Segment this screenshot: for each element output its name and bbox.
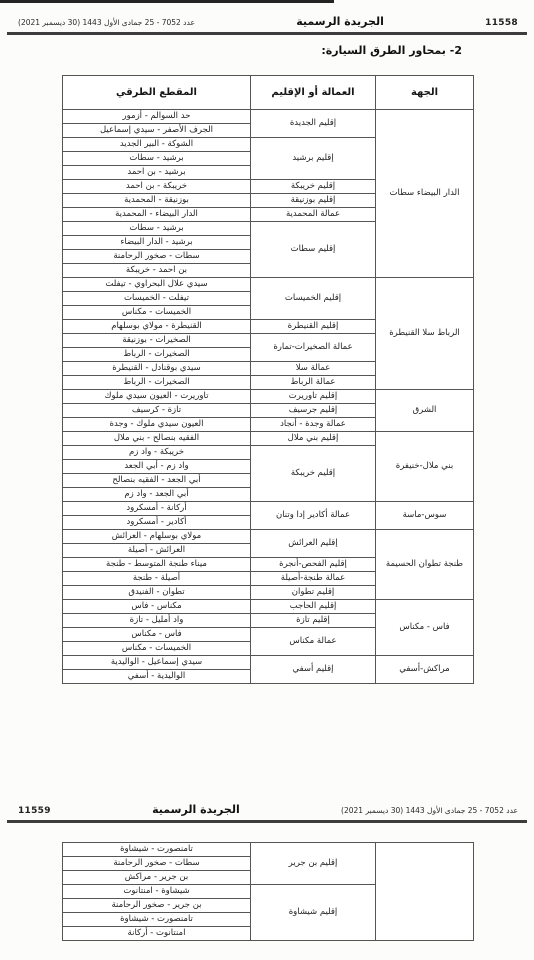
issue-info: عدد 7052 - 25 جمادى الأول 1443 (30 ديسمب… bbox=[341, 806, 518, 815]
province-cell: إقليم بن جرير bbox=[251, 843, 376, 885]
province-cell: إقليم العرائش bbox=[251, 530, 376, 558]
road-cell: تامنصورت - شيشاوة bbox=[63, 843, 251, 857]
road-cell: سيدي بوقنادل - القنيطرة bbox=[63, 362, 251, 376]
road-cell: الجرف الأصفر - سيدي إسماعيل bbox=[63, 124, 251, 138]
table-row: مراكش-أسفيإقليم أسفيسيدي إسماعيل - الوال… bbox=[63, 656, 474, 670]
road-cell: سطات - صخور الرحامنة bbox=[63, 857, 251, 871]
province-cell: عمالة أكادير إدا وتنان bbox=[251, 502, 376, 530]
road-cell: خريبكة - بن احمد bbox=[63, 180, 251, 194]
province-cell: إقليم الجديدة bbox=[251, 110, 376, 138]
province-cell: عمالة الرباط bbox=[251, 376, 376, 390]
page1-header: عدد 7052 - 25 جمادى الأول 1443 (30 ديسمب… bbox=[18, 15, 518, 28]
province-cell: إقليم تاوريرت bbox=[251, 390, 376, 404]
road-cell: حد السوالم - أزمور bbox=[63, 110, 251, 124]
road-cell: أصيلة - طنجة bbox=[63, 572, 251, 586]
road-cell: الفقيه بنصالح - بني ملال bbox=[63, 432, 251, 446]
region-cell: مراكش-أسفي bbox=[376, 656, 474, 684]
road-cell: تيفلت - الخميسات bbox=[63, 292, 251, 306]
road-cell: سطات - صخور الرحامنة bbox=[63, 250, 251, 264]
header-rule bbox=[7, 820, 527, 823]
province-cell: إقليم الخميسات bbox=[251, 278, 376, 320]
road-cell: برشيد - سطات bbox=[63, 222, 251, 236]
table-row: فاس - مكناسإقليم الحاجبمكناس - فاس bbox=[63, 600, 474, 614]
table-body-page1: الدار البيضاء سطاتإقليم الجديدةحد السوال… bbox=[63, 110, 474, 684]
province-cell: إقليم القنيطرة bbox=[251, 320, 376, 334]
region-cell: فاس - مكناس bbox=[376, 600, 474, 656]
road-cell: الصخيرات - بوزنيقة bbox=[63, 334, 251, 348]
province-cell: إقليم خريبكة bbox=[251, 180, 376, 194]
table-header-row: الجهة العمالة أو الإقليم المقطع الطرقي bbox=[63, 76, 474, 110]
road-cell: الخميسات - مكناس bbox=[63, 642, 251, 656]
road-cell: أبي الجعد - واد زم bbox=[63, 488, 251, 502]
table-head: الجهة العمالة أو الإقليم المقطع الطرقي bbox=[63, 76, 474, 110]
journal-title: الجريدة الرسمية bbox=[296, 15, 384, 28]
road-cell: واد زم - أبي الجعد bbox=[63, 460, 251, 474]
province-cell: إقليم شيشاوة bbox=[251, 885, 376, 941]
table-row: الشرقإقليم تاوريرتتاوريرت - العيون سيدي … bbox=[63, 390, 474, 404]
province-cell: عمالة طنجة-أصيلة bbox=[251, 572, 376, 586]
road-cell: برشيد - سطات bbox=[63, 152, 251, 166]
page2-header: 11559 الجريدة الرسمية عدد 7052 - 25 جماد… bbox=[18, 803, 518, 816]
road-cell: الواليدية - أسفي bbox=[63, 670, 251, 684]
road-cell: الخميسات - مكناس bbox=[63, 306, 251, 320]
province-cell: إقليم تازة bbox=[251, 614, 376, 628]
road-cell: مولاي بوسلهام - العرائش bbox=[63, 530, 251, 544]
region-cell: الرباط سلا القنيطرة bbox=[376, 278, 474, 390]
province-cell: إقليم تطوان bbox=[251, 586, 376, 600]
road-cell: برشيد - الدار البيضاء bbox=[63, 236, 251, 250]
road-cell: الصخيرات - الرباط bbox=[63, 376, 251, 390]
region-cell: بني ملال-خنيفرة bbox=[376, 432, 474, 502]
road-cell: فاس - مكناس bbox=[63, 628, 251, 642]
region-cell bbox=[376, 843, 474, 941]
province-cell: عمالة مكناس bbox=[251, 628, 376, 656]
road-cell: العرائش - أصيلة bbox=[63, 544, 251, 558]
road-cell: مكناس - فاس bbox=[63, 600, 251, 614]
road-cell: العيون سيدي ملوك - وجدة bbox=[63, 418, 251, 432]
province-cell: إقليم بوزنيقة bbox=[251, 194, 376, 208]
issue-info: عدد 7052 - 25 جمادى الأول 1443 (30 ديسمب… bbox=[18, 18, 195, 27]
road-cell: امنتانوت - أركانة bbox=[63, 927, 251, 941]
region-cell: سوس-ماسة bbox=[376, 502, 474, 530]
road-cell: بن جرير - صخور الرحامنة bbox=[63, 899, 251, 913]
roads-table-page1: الجهة العمالة أو الإقليم المقطع الطرقي ا… bbox=[62, 75, 474, 684]
road-cell: الدار البيضاء - المحمدية bbox=[63, 208, 251, 222]
table-row: سوس-ماسةعمالة أكادير إدا وتنانأركانة - أ… bbox=[63, 502, 474, 516]
province-cell: عمالة المحمدية bbox=[251, 208, 376, 222]
road-cell: أركانة - أمسكرود bbox=[63, 502, 251, 516]
road-cell: تطوان - الفنيدق bbox=[63, 586, 251, 600]
road-cell: برشيد - بن احمد bbox=[63, 166, 251, 180]
road-cell: تاوريرت - العيون سيدي ملوك bbox=[63, 390, 251, 404]
road-cell: واد أمليل - تازة bbox=[63, 614, 251, 628]
province-cell: إقليم الحاجب bbox=[251, 600, 376, 614]
road-cell: بوزنيقة - المحمدية bbox=[63, 194, 251, 208]
region-cell: الشرق bbox=[376, 390, 474, 432]
road-cell: الصخيرات - الرباط bbox=[63, 348, 251, 362]
roads-table-page2: إقليم بن جريرتامنصورت - شيشاوةسطات - صخو… bbox=[62, 842, 474, 941]
page-number: 11559 bbox=[18, 806, 51, 816]
road-cell: أبي الجعد - الفقيه بنصالح bbox=[63, 474, 251, 488]
province-cell: إقليم برشيد bbox=[251, 138, 376, 180]
road-cell: شيشاوة - امنتانوت bbox=[63, 885, 251, 899]
road-cell: الشوكة - البير الجديد bbox=[63, 138, 251, 152]
journal-title: الجريدة الرسمية bbox=[152, 803, 240, 816]
table-row: طنجة تطوان الحسيمةإقليم العرائشمولاي بوس… bbox=[63, 530, 474, 544]
region-cell: طنجة تطوان الحسيمة bbox=[376, 530, 474, 600]
header-cell-road: المقطع الطرقي bbox=[63, 76, 251, 110]
province-cell: عمالة سلا bbox=[251, 362, 376, 376]
table-row: الرباط سلا القنيطرةإقليم الخميساتسيدي عل… bbox=[63, 278, 474, 292]
road-cell: القنيطرة - مولاي بوسلهام bbox=[63, 320, 251, 334]
road-cell: ميناء طنجة المتوسط - طنجة bbox=[63, 558, 251, 572]
header-rule bbox=[7, 32, 527, 35]
road-cell: بن جرير - مراكش bbox=[63, 871, 251, 885]
scan-artifact-edge bbox=[0, 0, 334, 3]
province-cell: إقليم خريبكة bbox=[251, 446, 376, 502]
province-cell: إقليم جرسيف bbox=[251, 404, 376, 418]
province-cell: عمالة وجدة - أنجاد bbox=[251, 418, 376, 432]
road-cell: سيدي إسماعيل - الواليدية bbox=[63, 656, 251, 670]
province-cell: إقليم أسفي bbox=[251, 656, 376, 684]
road-cell: تازة - كرسيف bbox=[63, 404, 251, 418]
table-body-page2: إقليم بن جريرتامنصورت - شيشاوةسطات - صخو… bbox=[63, 843, 474, 941]
road-cell: خريبكة - واد زم bbox=[63, 446, 251, 460]
section-title: 2- بمحاور الطرق السيارة: bbox=[321, 44, 462, 57]
table-row: الدار البيضاء سطاتإقليم الجديدةحد السوال… bbox=[63, 110, 474, 124]
table-row: إقليم بن جريرتامنصورت - شيشاوة bbox=[63, 843, 474, 857]
province-cell: إقليم بني ملال bbox=[251, 432, 376, 446]
header-cell-province: العمالة أو الإقليم bbox=[251, 76, 376, 110]
road-cell: أكادير - أمسكرود bbox=[63, 516, 251, 530]
province-cell: إقليم سطات bbox=[251, 222, 376, 278]
road-cell: بن احمد - خريبكة bbox=[63, 264, 251, 278]
table-row: بني ملال-خنيفرةإقليم بني ملالالفقيه بنصا… bbox=[63, 432, 474, 446]
road-cell: تامنصورت - شيشاوة bbox=[63, 913, 251, 927]
province-cell: إقليم الفحص-أنجرة bbox=[251, 558, 376, 572]
road-cell: سيدي علال البحراوي - تيفلت bbox=[63, 278, 251, 292]
header-cell-region: الجهة bbox=[376, 76, 474, 110]
province-cell: عمالة الصخيرات-تمارة bbox=[251, 334, 376, 362]
region-cell: الدار البيضاء سطات bbox=[376, 110, 474, 278]
page-number: 11558 bbox=[485, 18, 518, 28]
